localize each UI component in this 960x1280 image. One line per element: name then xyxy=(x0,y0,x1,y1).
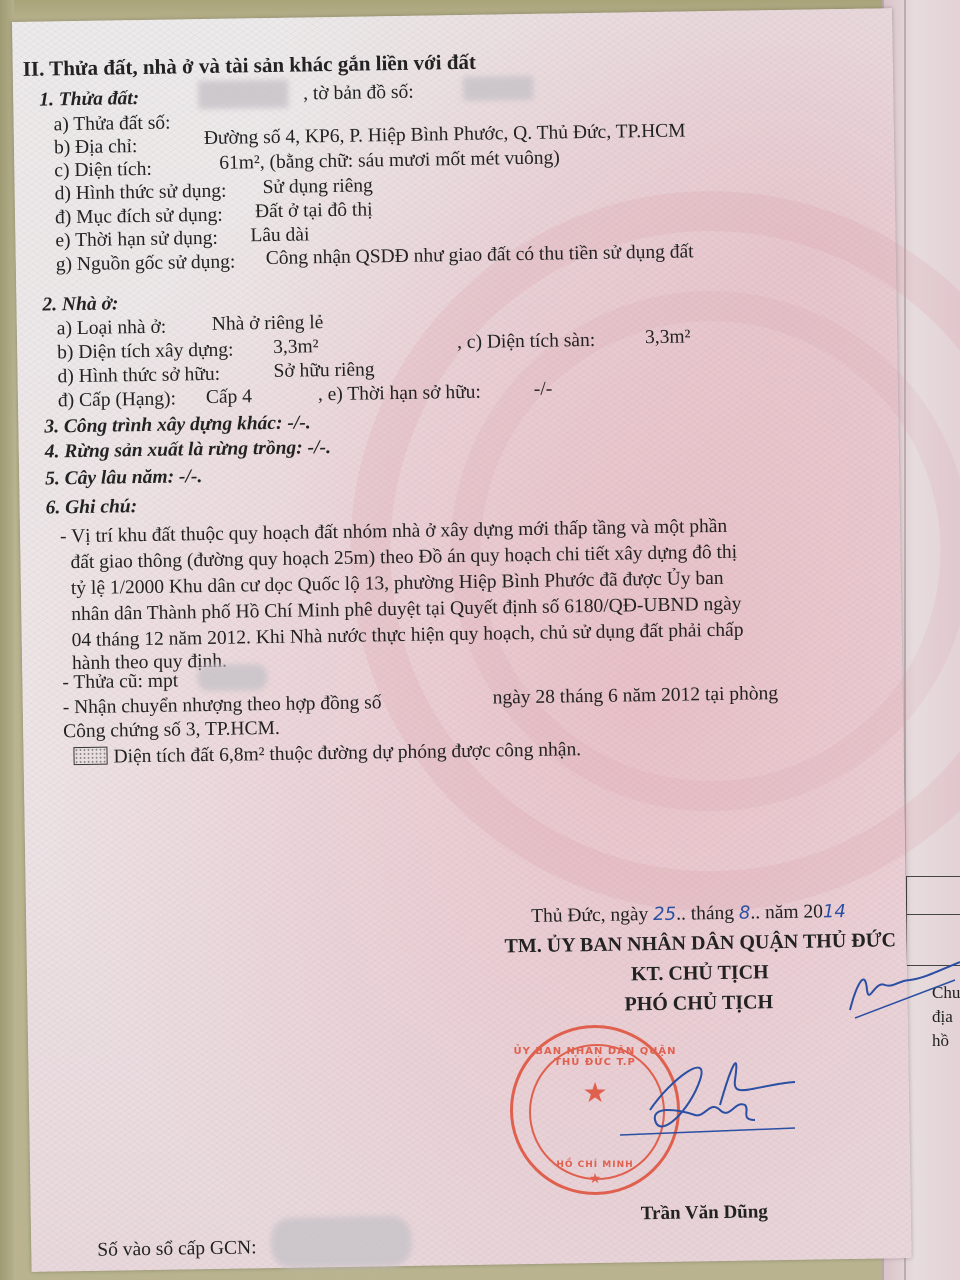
section-title: II. Thửa đất, nhà ở và tài sản khác gắn … xyxy=(23,52,477,80)
house-heading: 2. Nhà ở: xyxy=(42,294,118,315)
place-date-prefix: Thủ Đức, ngày xyxy=(531,904,649,927)
house-type-value: Nhà ở riêng lẻ xyxy=(212,313,324,334)
origin-label: g) Nguồn gốc sử dụng: xyxy=(56,253,236,275)
house-type-label: a) Loại nhà ở: xyxy=(57,318,167,339)
redacted-map-sheet xyxy=(463,76,533,101)
place-date: Thủ Đức, ngày 25.. tháng 8.. năm 2014 xyxy=(531,902,846,926)
role-line-2: PHÓ CHỦ TỊCH xyxy=(624,992,773,1014)
small-star-icon: ★ xyxy=(513,1171,677,1188)
adjacent-page-text: Chu xyxy=(932,983,960,1003)
notes-heading: 6. Ghi chú: xyxy=(45,497,137,518)
notes-line: tỷ lệ 1/2000 Khu dân cư dọc Quốc lộ 13, … xyxy=(71,569,724,599)
grade-label: đ) Cấp (Hạng): xyxy=(58,389,176,410)
stamp-bottom-text: HỒ CHÍ MINH xyxy=(513,1160,677,1170)
other-construction: 3. Công trình xây dựng khác: -/-. xyxy=(44,413,311,437)
signer-name: Trần Văn Dũng xyxy=(641,1202,768,1223)
hatched-area-legend-icon xyxy=(73,747,107,766)
floor-area-label: , c) Diện tích sàn: xyxy=(457,331,595,353)
transfer-note: - Nhận chuyển nhượng theo hợp đồng số xyxy=(63,693,382,718)
map-sheet-label: , tờ bản đồ số: xyxy=(303,83,414,104)
notes-line: nhân dân Thành phố Hồ Chí Minh phê duyệt… xyxy=(71,595,741,625)
gcn-register-label: Số vào sổ cấp GCN: xyxy=(97,1238,257,1260)
notes-line: 04 tháng 12 năm 2012. Khi Nhà nước thực … xyxy=(72,621,744,651)
transfer-date: ngày 28 tháng 6 năm 2012 tại phòng xyxy=(493,684,779,708)
ownership-value: Sở hữu riêng xyxy=(273,360,374,381)
origin-value: Công nhận QSDĐ như giao đất có thu tiền … xyxy=(266,242,694,268)
handwritten-day: 25 xyxy=(653,904,676,925)
role-line-1: KT. CHỦ TỊCH xyxy=(631,962,769,984)
adjacent-page-text: hồ xyxy=(932,1031,949,1051)
build-area-label: b) Diện tích xây dựng: xyxy=(57,341,234,363)
table-line xyxy=(907,965,960,966)
area-value: 61m², (bằng chữ: sáu mươi mốt mét vuông) xyxy=(219,148,560,173)
year-label: năm 20 xyxy=(765,901,823,923)
adjacent-page-text: địa xyxy=(932,1007,953,1027)
own-term-label: , e) Thời hạn sở hữu: xyxy=(318,383,481,405)
legend-row: Diện tích đất 6,8m² thuộc đường dự phóng… xyxy=(73,739,581,767)
star-icon: ★ xyxy=(513,1076,677,1110)
ownership-label: d) Hình thức sở hữu: xyxy=(57,365,220,387)
tabletop-edge xyxy=(0,0,14,1280)
parcel-label: a) Thửa đất số: xyxy=(53,114,170,135)
handwritten-month: 8 xyxy=(739,903,751,924)
old-parcel-note: - Thửa cũ: mpt xyxy=(62,671,178,692)
notes-line: đất giao thông (đường quy hoạch 25m) the… xyxy=(70,543,737,573)
redacted-gcn-number xyxy=(271,1216,412,1268)
forest-item: 4. Rừng sản xuất là rừng trồng: -/-. xyxy=(45,438,331,462)
handwritten-year: 14 xyxy=(823,901,846,922)
table-line xyxy=(907,914,960,915)
redacted-old-parcel xyxy=(197,664,267,691)
redacted-parcel-number xyxy=(198,80,288,109)
area-label: c) Diện tích: xyxy=(54,160,152,181)
perennial-item: 5. Cây lâu năm: -/-. xyxy=(45,467,202,489)
term-value: Lâu dài xyxy=(250,225,309,245)
certificate-page: II. Thửa đất, nhà ở và tài sản khác gắn … xyxy=(12,8,912,1272)
purpose-value: Đất ở tại đô thị xyxy=(255,200,373,221)
transfer-note-continued: Công chứng số 3, TP.HCM. xyxy=(63,719,280,742)
land-heading: 1. Thửa đất: xyxy=(39,89,139,110)
stamp-top-text: ỦY BAN NHÂN DÂN QUẬN THỦ ĐỨC T.P xyxy=(513,1046,677,1068)
notes-line: - Vị trí khu đất thuộc quy hoạch đất nhó… xyxy=(60,517,727,547)
floor-area-value: 3,3m² xyxy=(645,327,691,347)
use-form-value: Sử dụng riêng xyxy=(262,176,373,197)
address-value: Đường số 4, KP6, P. Hiệp Bình Phước, Q. … xyxy=(204,121,686,148)
use-form-label: d) Hình thức sử dụng: xyxy=(55,182,227,204)
month-label: tháng xyxy=(691,903,735,925)
grade-value: Cấp 4 xyxy=(206,387,252,407)
term-label: e) Thời hạn sử dụng: xyxy=(55,229,218,251)
authority-title: TM. ỦY BAN NHÂN DÂN QUẬN THỦ ĐỨC xyxy=(504,930,896,956)
purpose-label: đ) Mục đích sử dụng: xyxy=(55,206,223,228)
adjacent-page-table xyxy=(906,876,960,987)
official-red-stamp: ỦY BAN NHÂN DÂN QUẬN THỦ ĐỨC T.P ★ HỒ CH… xyxy=(510,1025,680,1195)
build-area-value: 3,3m² xyxy=(273,337,319,357)
own-term-value: -/- xyxy=(534,380,553,400)
legend-text: Diện tích đất 6,8m² thuộc đường dự phóng… xyxy=(113,739,581,767)
address-label: b) Địa chỉ: xyxy=(54,137,138,158)
